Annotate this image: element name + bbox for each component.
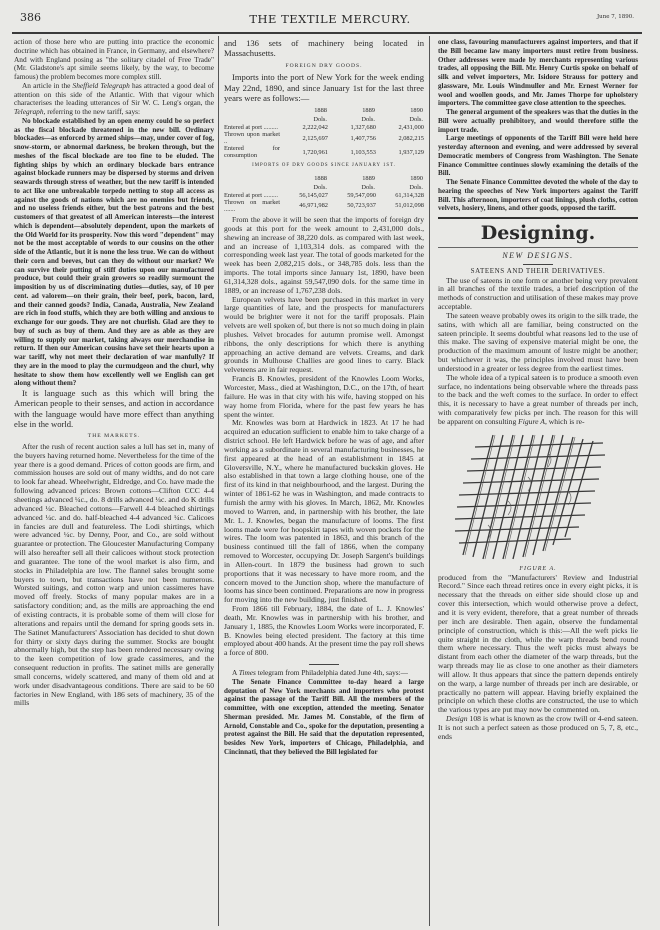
paragraph-knowles-biography: Mr. Knowles was born at Hardwick in 1823…	[224, 419, 424, 605]
markets-heading: THE MARKETS.	[14, 432, 214, 441]
since-january-table-title: IMPORTS OF DRY GOODS SINCE JANUARY 1ST.	[224, 162, 424, 171]
table-header-row: 1888 1889 1890	[224, 106, 424, 115]
blockquote-telegraph: No blockade established by an open enemy…	[14, 117, 214, 388]
new-designs-heading: NEW DESIGNS.	[438, 252, 638, 261]
column-1: action of those here who are putting int…	[14, 38, 214, 708]
paragraph-figure-explanation: produced from the "Manufacturers' Review…	[438, 574, 638, 716]
publication-title: THE TEXTILE MERCURY.	[12, 12, 648, 26]
paragraph-general-argument: The general argument of the speakers was…	[438, 108, 638, 134]
paragraph-velvets: European velvets have been purchased in …	[224, 296, 424, 376]
section-title-designing: Designing.	[438, 221, 638, 245]
imports-intro: Imports into the port of New York for th…	[224, 72, 424, 103]
column-divider	[429, 36, 430, 926]
table-row: Entered for consumption 1,720,961 1,103,…	[224, 145, 424, 159]
section-divider	[309, 664, 339, 665]
section-rule	[438, 247, 638, 248]
paragraph-knowles-partnership: From 1866 till February, 1884, the date …	[224, 605, 424, 658]
paragraph-large-meetings: Large meetings of opponents of the Tarif…	[438, 134, 638, 178]
paragraph: one class, favouring manufacturers again…	[438, 38, 638, 108]
section-rule	[438, 217, 638, 219]
paragraph-typical-sateen: The whole idea of a typical sateen is to…	[438, 374, 638, 427]
section-divider	[523, 264, 553, 265]
paragraph-knowles-obituary: Francis B. Knowles, president of the Kno…	[224, 375, 424, 419]
table-row: Entered at port ......... 2,222,042 1,32…	[224, 124, 424, 131]
table-row: Entered at port ......... 56,145,027 59,…	[224, 192, 424, 199]
column-3: one class, favouring manufacturers again…	[438, 38, 638, 742]
newspaper-page: 386 THE TEXTILE MERCURY. June 7, 1890. a…	[0, 0, 660, 930]
paragraph-design-108: Design 108 is what is known as the crow …	[438, 715, 638, 742]
table-header-row: 1888 1889 1890	[224, 174, 424, 183]
table-unit-row: Dols. Dols. Dols.	[224, 183, 424, 192]
table-row: Thrown on market ....... 46,971,982 50,7…	[224, 199, 424, 213]
table-unit-row: Dols. Dols. Dols.	[224, 115, 424, 124]
column-2: and 136 sets of machinery being located …	[224, 38, 424, 757]
markets-text: After the rush of recent auction sales a…	[14, 443, 214, 708]
paragraph-senate-committee: The Senate Finance Committee to-day hear…	[224, 678, 424, 757]
page-header: 386 THE TEXTILE MERCURY. June 7, 1890.	[12, 0, 648, 36]
issue-date: June 7, 1890.	[597, 14, 634, 20]
foreign-dry-goods-heading: FOREIGN DRY GOODS.	[224, 62, 424, 71]
woven-fabric-icon	[453, 433, 623, 565]
paragraph-senate-finance: The Senate Finance Committee devoted the…	[438, 178, 638, 213]
paragraph-imports-summary: From the above it will be seen that the …	[224, 216, 424, 296]
column-divider	[218, 36, 219, 926]
paragraph-language: It is language such as this which will b…	[14, 388, 214, 429]
paragraph: action of those here who are putting int…	[14, 38, 214, 82]
paragraph-use-of-sateens: The use of sateens in one form or anothe…	[438, 277, 638, 312]
sateens-heading: SATEENS AND THEIR DERIVATIVES.	[438, 267, 638, 276]
paragraph-times-telegram: A Times telegram from Philadelphia dated…	[224, 669, 424, 678]
since-january-table: 1888 1889 1890 Dols. Dols. Dols. Entered…	[224, 174, 424, 213]
header-rule	[12, 32, 642, 34]
paragraph-sateen-weave: The sateen weave probably owes its origi…	[438, 312, 638, 374]
paragraph-sheffield: An article in the Sheffield Telegraph ha…	[14, 82, 214, 117]
paragraph: and 136 sets of machinery being located …	[224, 38, 424, 59]
weekly-imports-table: 1888 1889 1890 Dols. Dols. Dols. Entered…	[224, 106, 424, 159]
table-row: Thrown upon market .. 2,125,697 1,407,75…	[224, 131, 424, 145]
